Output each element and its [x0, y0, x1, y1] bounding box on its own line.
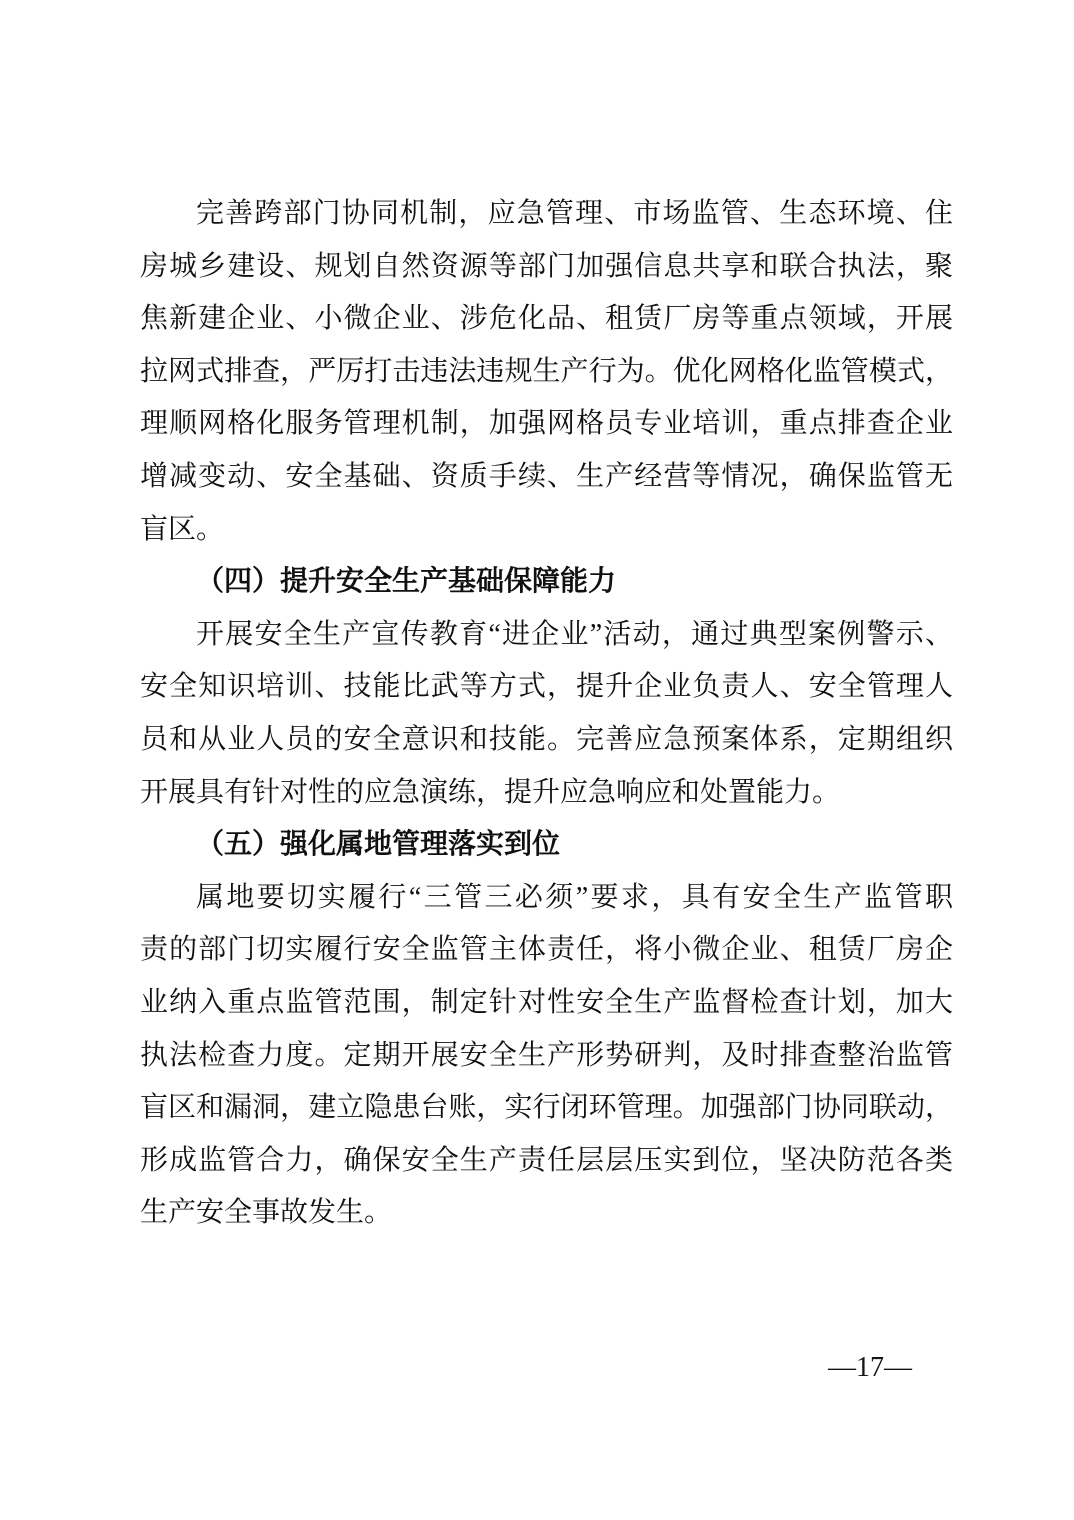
paragraph-line: 执法检查力度。定期开展安全生产形势研判，及时排查整治监管 — [140, 1030, 953, 1083]
paragraph-line: 盲区。 — [140, 504, 953, 557]
paragraph-line: 属地要切实履行“三管三必须”要求，具有安全生产监管职 — [140, 872, 953, 925]
paragraph-line: 生产安全事故发生。 — [140, 1187, 953, 1240]
section-heading-5: （五）强化属地管理落实到位 — [140, 819, 953, 872]
section-heading-4: （四）提升安全生产基础保障能力 — [140, 556, 953, 609]
page-number: —17— — [140, 1344, 912, 1392]
paragraph-line: 开展具有针对性的应急演练，提升应急响应和处置能力。 — [140, 767, 953, 820]
paragraph-line: 开展安全生产宣传教育“进企业”活动，通过典型案例警示、 — [140, 609, 953, 662]
paragraph-line: 理顺网格化服务管理机制，加强网格员专业培训，重点排查企业 — [140, 398, 953, 451]
paragraph-line: 安全知识培训、技能比武等方式，提升企业负责人、安全管理人 — [140, 661, 953, 714]
paragraph-line: 业纳入重点监管范围，制定针对性安全生产监督检查计划，加大 — [140, 977, 953, 1030]
paragraph-line: 责的部门切实履行安全监管主体责任，将小微企业、租赁厂房企 — [140, 924, 953, 977]
paragraph-line: 增减变动、安全基础、资质手续、生产经营等情况，确保监管无 — [140, 451, 953, 504]
document-page: 完善跨部门协同机制，应急管理、市场监管、生态环境、住 房城乡建设、规划自然资源等… — [0, 0, 1074, 1520]
paragraph-line: 焦新建企业、小微企业、涉危化品、租赁厂房等重点领域，开展 — [140, 293, 953, 346]
paragraph-line: 形成监管合力，确保安全生产责任层层压实到位，坚决防范各类 — [140, 1135, 953, 1188]
paragraph-line: 盲区和漏洞，建立隐患台账，实行闭环管理。加强部门协同联动， — [140, 1082, 953, 1135]
document-body: 完善跨部门协同机制，应急管理、市场监管、生态环境、住 房城乡建设、规划自然资源等… — [140, 188, 953, 1240]
paragraph-line: 完善跨部门协同机制，应急管理、市场监管、生态环境、住 — [140, 188, 953, 241]
paragraph-line: 房城乡建设、规划自然资源等部门加强信息共享和联合执法，聚 — [140, 241, 953, 294]
paragraph-line: 拉网式排查，严厉打击违法违规生产行为。优化网格化监管模式， — [140, 346, 953, 399]
paragraph-line: 员和从业人员的安全意识和技能。完善应急预案体系，定期组织 — [140, 714, 953, 767]
